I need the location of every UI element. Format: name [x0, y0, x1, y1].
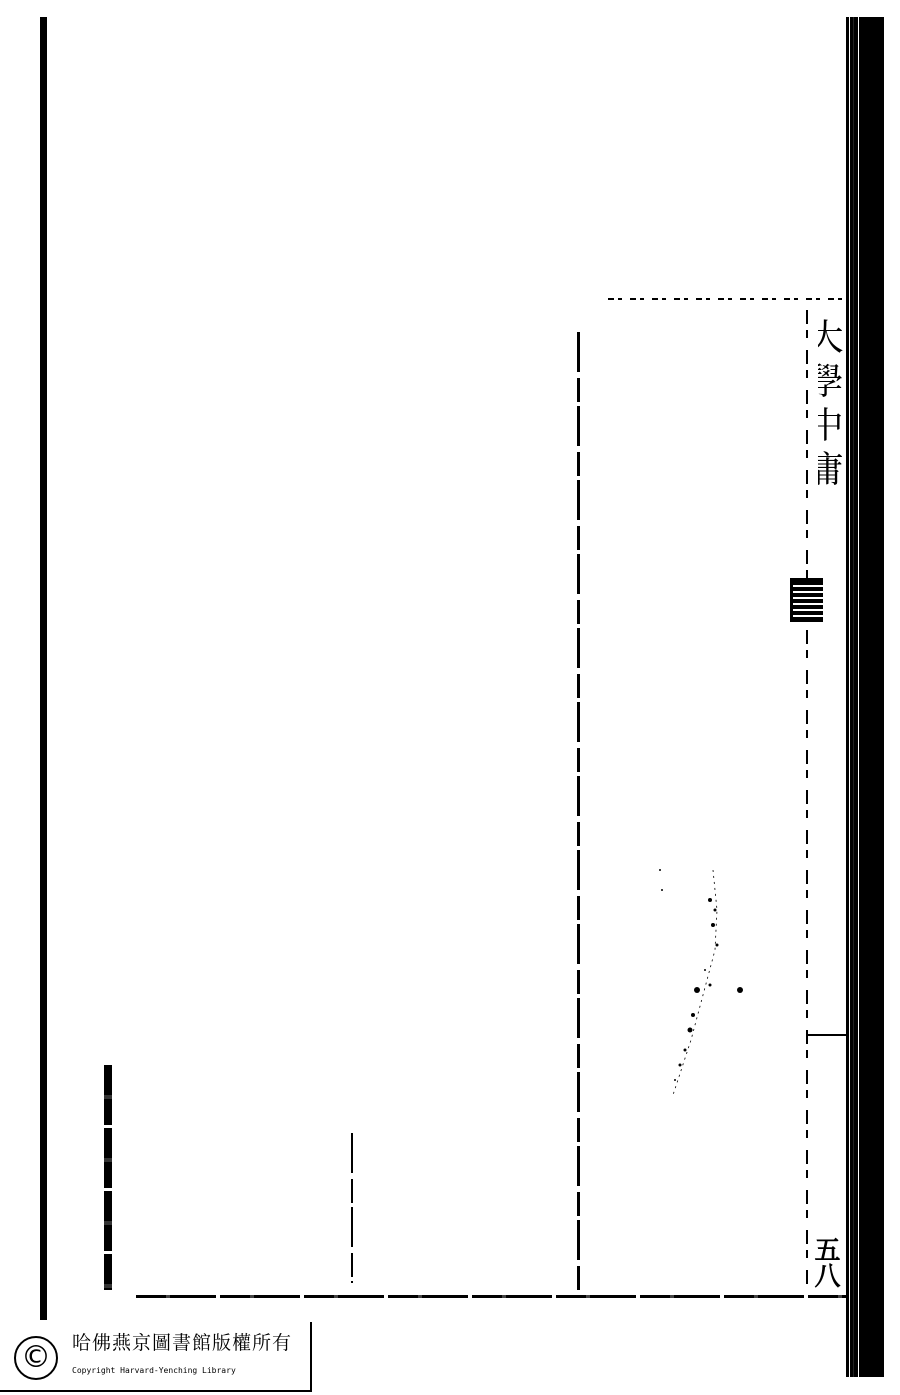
top-frame-rule — [608, 298, 848, 300]
copyright-chinese-text: 哈佛燕京圖書館版權所有 — [72, 1328, 292, 1355]
copyright-english-text: Copyright Harvard-Yenching Library — [72, 1366, 236, 1375]
column-divider-line — [577, 332, 580, 1292]
block-heart-border-line — [806, 310, 808, 1285]
bottom-frame-rule — [136, 1295, 848, 1298]
fish-tail-mark-icon — [790, 578, 823, 622]
page-number: 五八 — [812, 1236, 838, 1288]
binding-edge-shadow — [862, 17, 884, 1377]
copyright-stamp: © 哈佛燕京圖書館版權所有 Copyright Harvard-Yenching… — [0, 1322, 312, 1392]
block-heart-title: 大學中庸 — [818, 318, 852, 638]
left-border-rule — [40, 17, 47, 1320]
scanned-page: 大學中庸 五八 — [0, 0, 900, 1395]
fold-crease-mark — [104, 1065, 112, 1290]
ink-smudge-mark — [655, 850, 745, 1100]
block-heart-divider — [806, 1034, 848, 1036]
copyright-icon: © — [14, 1336, 58, 1380]
column-divider-line-short — [351, 1133, 353, 1283]
